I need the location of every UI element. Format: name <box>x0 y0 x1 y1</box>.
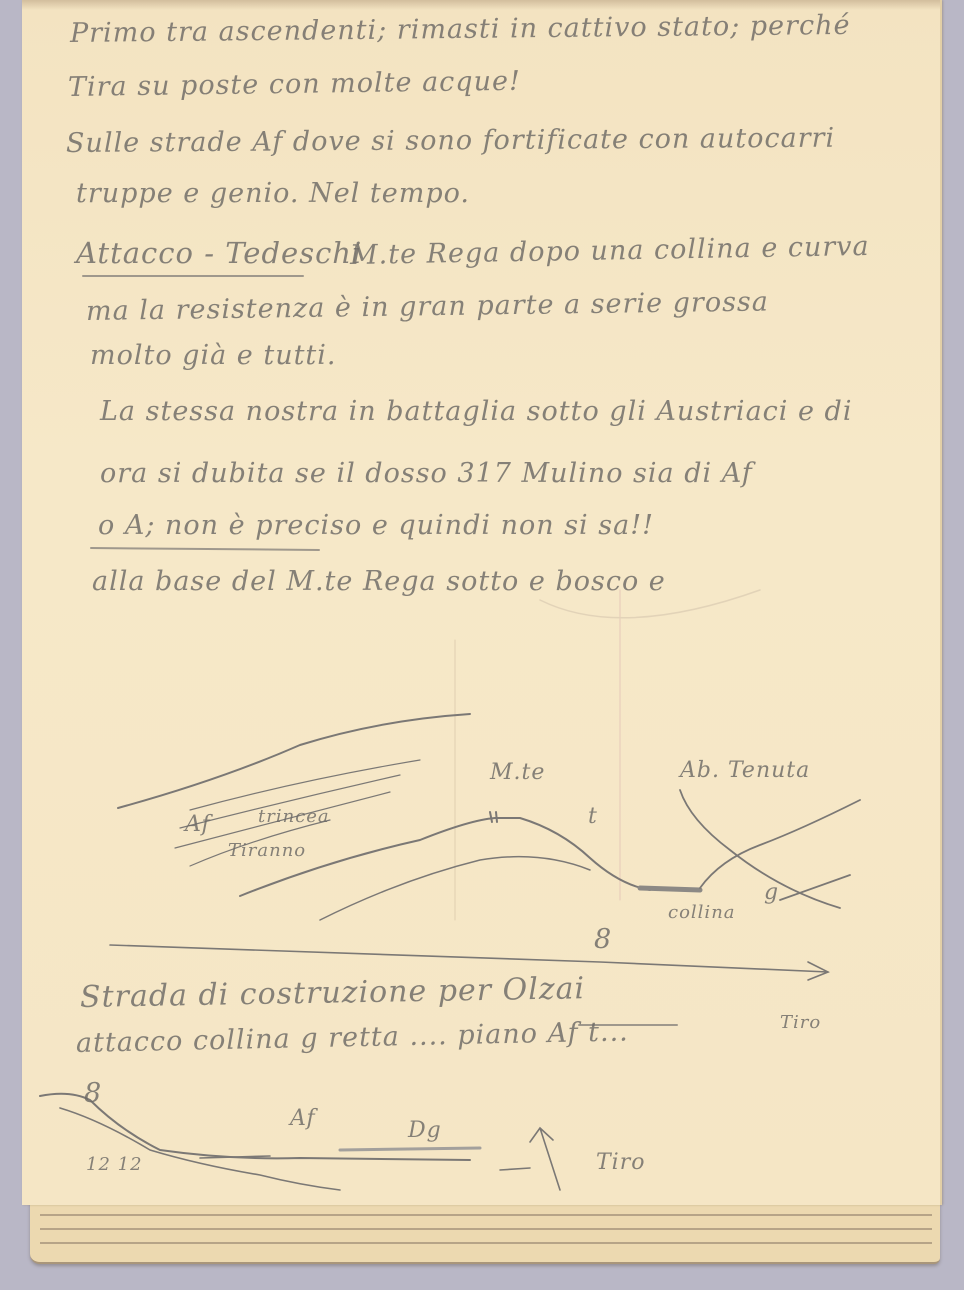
landscape-sketch <box>0 0 964 1290</box>
sketch-label: 12 12 <box>86 1154 143 1175</box>
sketch-label: collina <box>668 902 736 923</box>
sketch-label: g <box>764 880 779 905</box>
superscript-note: Tiro <box>780 1012 821 1033</box>
sketch-label: Ab. Tenuta <box>680 758 810 783</box>
sketch-label: 8 <box>594 924 612 955</box>
sketch-label: Dg <box>408 1118 442 1143</box>
handwritten-mark: 8 <box>84 1078 102 1109</box>
sketch-label: t <box>588 804 598 829</box>
sketch-label: Tiranno <box>228 840 306 861</box>
sketch-label: M.te <box>490 760 545 785</box>
sketch-label: Af <box>290 1106 316 1131</box>
sketch-label: Af <box>185 812 211 837</box>
sketch-label: trincea <box>258 806 330 827</box>
sketch-label: Tiro <box>596 1150 645 1175</box>
